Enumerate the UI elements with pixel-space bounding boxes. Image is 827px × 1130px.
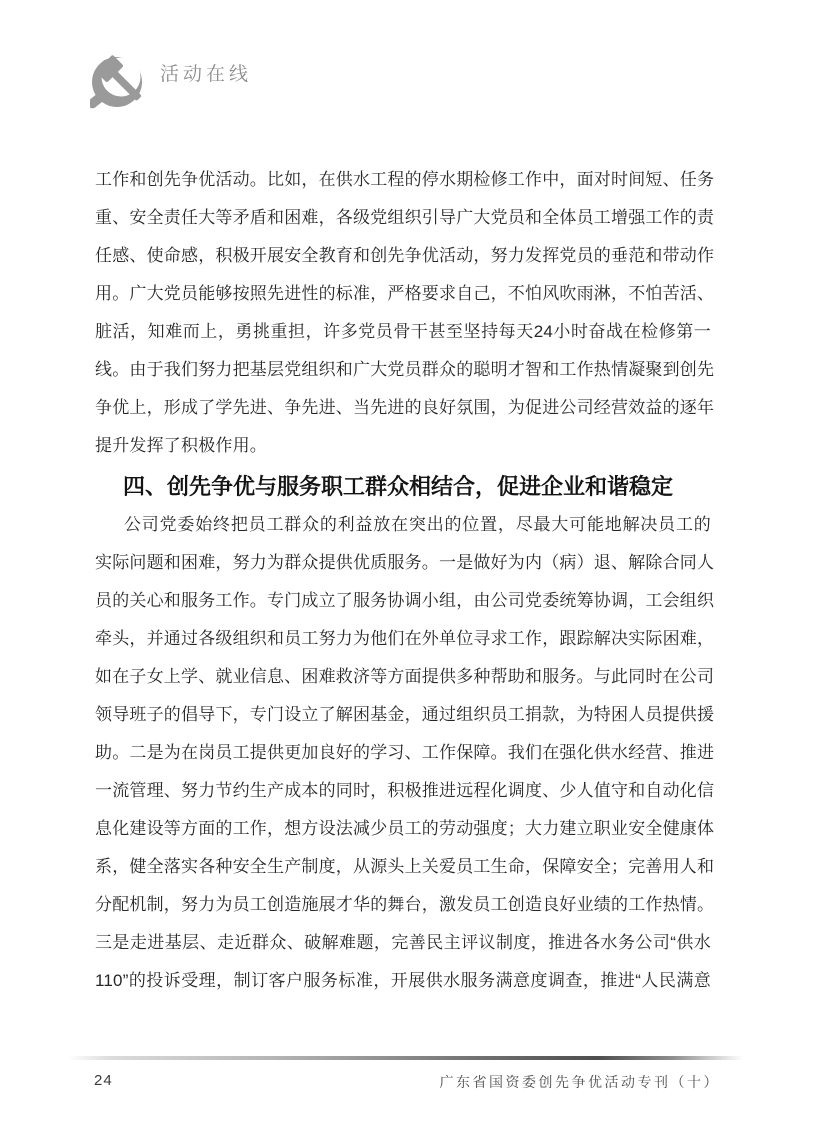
document-page: 活动在线 工作和创先争优活动。比如，在供水工程的停水期检修工作中，面对时间短、任… xyxy=(0,0,827,1130)
paragraph-1: 工作和创先争优活动。比如，在供水工程的停水期检修工作中，面对时间短、任务 重、安… xyxy=(95,161,711,465)
body-text-line: 公司党委始终把员工群众的利益放在突出的位置，尽最大可能地解决员工的 xyxy=(95,506,711,544)
page-header: 活动在线 xyxy=(90,47,252,116)
body-text-line: 实际问题和困难，努力为群众提供优质服务。一是做好为内（病）退、解除合同人 xyxy=(95,544,711,582)
body-text-line: 提升发挥了积极作用。 xyxy=(95,427,711,465)
body-text-line: 员的关心和服务工作。专门成立了服务协调小组，由公司党委统筹协调，工会组织 xyxy=(95,582,711,620)
section-heading: 四、创先争优与服务职工群众相结合，促进企业和谐稳定 xyxy=(95,470,711,504)
column-title: 活动在线 xyxy=(160,59,252,86)
body-text-line: 争优上，形成了学先进、争先进、当先进的良好氛围，为促进公司经营效益的逐年 xyxy=(95,389,711,427)
body-text-line: 重、安全责任大等矛盾和困难，各级党组织引导广大党员和全体员工增强工作的责 xyxy=(95,199,711,237)
body-text-line: 如在子女上学、就业信息、困难救济等方面提供多种帮助和服务。与此同时在公司 xyxy=(95,658,711,696)
page-number: 24 xyxy=(94,1072,113,1089)
body-text-line: 用。广大党员能够按照先进性的标准，严格要求自己，不怕风吹雨淋，不怕苦活、 xyxy=(95,275,711,313)
body-text-line: 分配机制，努力为员工创造施展才华的舞台，激发员工创造良好业绩的工作热情。 xyxy=(95,886,711,924)
body-text-line: 110”的投诉受理，制订客户服务标准，开展供水服务满意度调查，推进“人民满意 xyxy=(95,962,711,1000)
body-text-line: 系，健全落实各种安全生产制度，从源头上关爱员工生命，保障安全；完善用人和 xyxy=(95,848,711,886)
body-text-line: 工作和创先争优活动。比如，在供水工程的停水期检修工作中，面对时间短、任务 xyxy=(95,161,711,199)
body-text-line: 牵头，并通过各级组织和员工努力为他们在外单位寻求工作，跟踪解决实际困难， xyxy=(95,620,711,658)
party-emblem-icon xyxy=(90,47,148,116)
body-text-line: 助。二是为在岗员工提供更加良好的学习、工作保障。我们在强化供水经营、推进 xyxy=(95,734,711,772)
body-text-line: 线。由于我们努力把基层党组织和广大党员群众的聪明才智和工作热情凝聚到创先 xyxy=(95,351,711,389)
journal-title: 广东省国资委创先争优活动专刊（十） xyxy=(440,1072,721,1092)
body-text-line: 一流管理、努力节约生产成本的同时，积极推进远程化调度、少人值守和自动化信 xyxy=(95,772,711,810)
body-text-line: 三是走进基层、走近群众、破解难题，完善民主评议制度，推进各水务公司“供水 xyxy=(95,924,711,962)
paragraph-2: 公司党委始终把员工群众的利益放在突出的位置，尽最大可能地解决员工的 实际问题和困… xyxy=(95,506,711,1000)
body-text-line: 任感、使命感，积极开展安全教育和创先争优活动，努力发挥党员的垂范和带动作 xyxy=(95,237,711,275)
footer-divider xyxy=(68,1056,764,1060)
body-text-line: 脏活，知难而上，勇挑重担，许多党员骨干甚至坚持每天24小时奋战在检修第一 xyxy=(95,313,711,351)
body-text-line: 领导班子的倡导下，专门设立了解困基金，通过组织员工捐款，为特困人员提供援 xyxy=(95,696,711,734)
body-text-line: 息化建设等方面的工作，想方设法减少员工的劳动强度；大力建立职业安全健康体 xyxy=(95,810,711,848)
